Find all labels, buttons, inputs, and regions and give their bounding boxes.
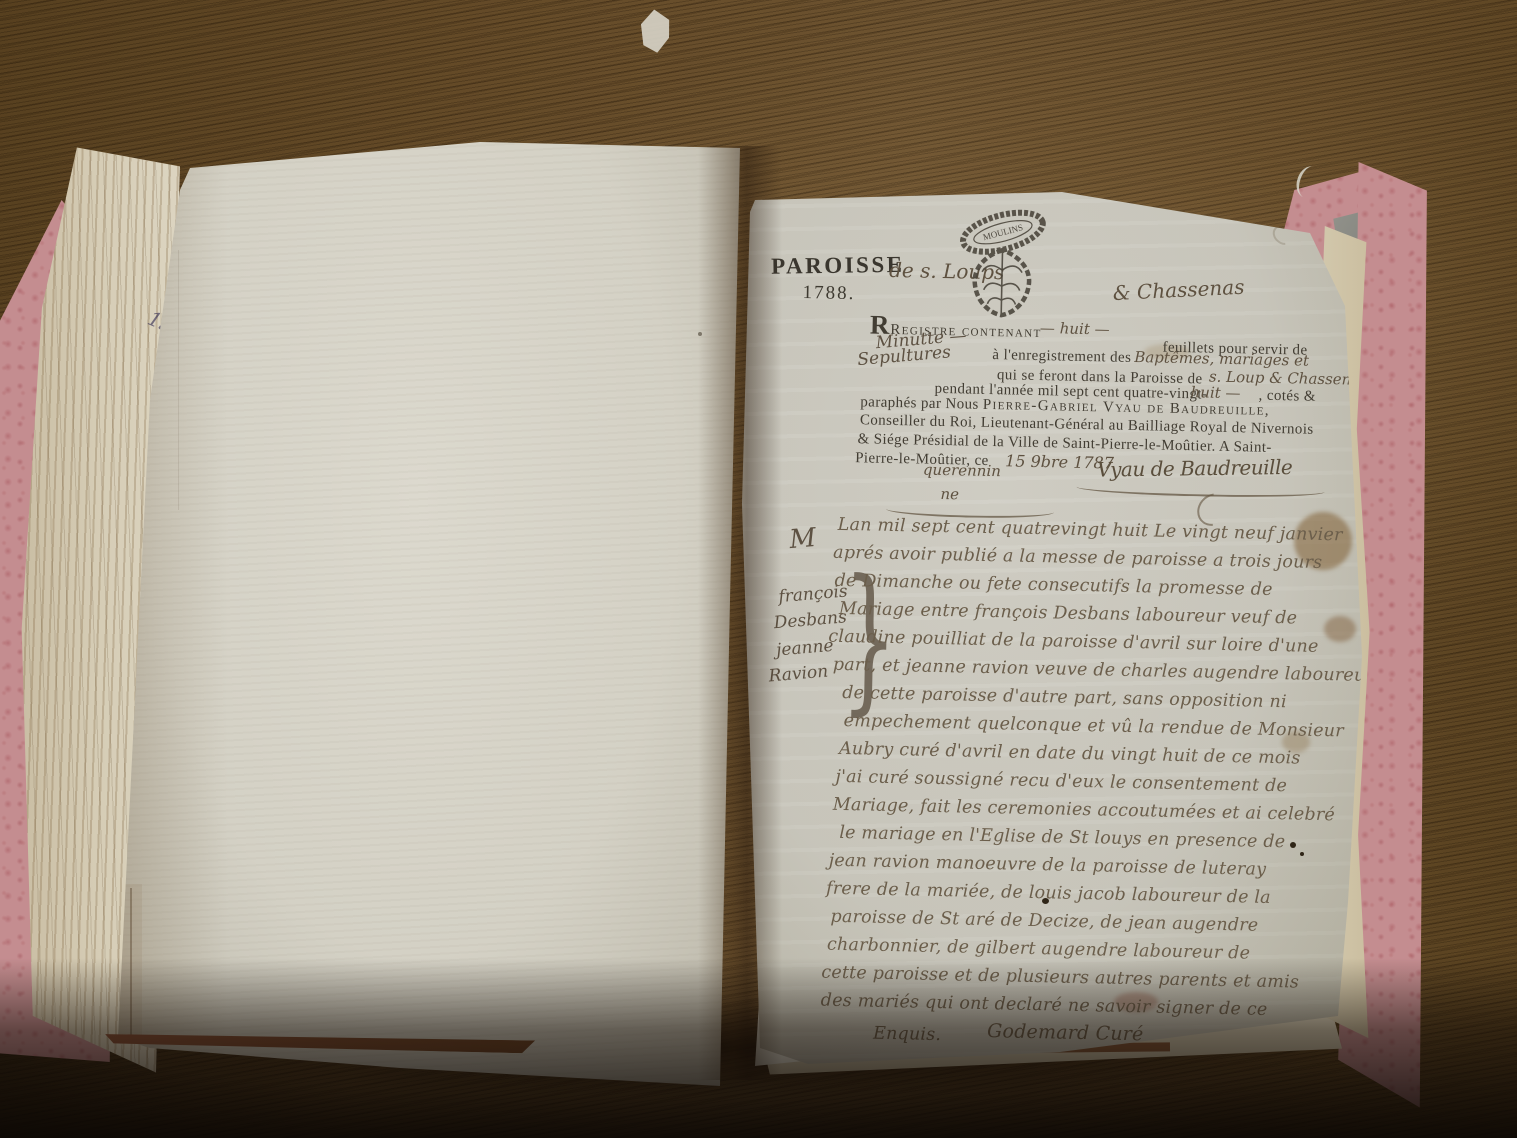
record-line: jean ravion manoeuvre de la paroisse de … [829, 851, 1267, 880]
record-line: le mariage en l'Eglise de St louys en pr… [839, 823, 1285, 852]
stamp-text: MOULINS [982, 222, 1024, 242]
record-line: j'ai curé soussigné recu d'eux le consen… [835, 767, 1287, 796]
record-line: empechement quelconque et vû la rendue d… [843, 711, 1344, 741]
margin-name-bride-first: jeanne [775, 636, 834, 661]
print-enregistrement: à l'enregistrement des [992, 347, 1131, 367]
table-edge-shadow [0, 958, 1517, 1138]
paroisse-heading: PAROISSE [771, 252, 905, 280]
generalite-stamp: MOULINS [945, 207, 1059, 327]
hand-insert-huit: — huit — [1040, 319, 1110, 338]
print-paraphes: paraphés par Nous [860, 394, 983, 413]
record-line: claudine pouilliat de la paroisse d'avri… [828, 627, 1319, 657]
record-line: Mariage, fait les ceremonies accoutumées… [833, 795, 1335, 826]
margin-note-m: M [788, 523, 817, 555]
record-line: Lan mil sept cent quatrevingt huit Le vi… [838, 515, 1343, 546]
clerk-paraph: querennin [923, 461, 1001, 481]
record-line: part, et jeanne ravion veuve de charles … [833, 655, 1375, 686]
left-blank-page [108, 136, 752, 1088]
hand-insert-huit-2: huit — [1190, 383, 1240, 402]
record-line: de cette paroisse d'autre part, sans opp… [842, 683, 1287, 712]
hand-insert-baptemes: Baptêmes, mariages et [1134, 348, 1309, 370]
record-line: Mariage entre françois Desbans laboureur… [839, 599, 1298, 629]
parish-name-handwritten-2: & Chassenas [1112, 275, 1245, 305]
year-label: 1788. [802, 282, 855, 305]
gutter-shadow [698, 146, 782, 1080]
record-line: frere de la mariée, de louis jacob labou… [826, 879, 1271, 908]
register-page-content: PAROISSE de s. Loups & Chassenas 1788. M… [724, 185, 1368, 1082]
hand-margin-sepultures: Sepultures [857, 342, 952, 370]
photo-scene: 13 PARO [0, 0, 1517, 1138]
page-crease [178, 250, 179, 510]
clerk-paraph-2: ne [940, 485, 959, 503]
record-line: Aubry curé d'avril en date du vingt huit… [839, 739, 1301, 769]
official-signature: Vyau de Baudreuille [1097, 455, 1293, 482]
record-line: paroisse de St aré de Decize, de jean au… [830, 907, 1258, 936]
record-line: de Dimanche ou fete consecutifs la prome… [834, 571, 1272, 600]
record-line: aprés avoir publié a la messe de paroiss… [833, 543, 1323, 573]
right-register-page: PAROISSE de s. Loups & Chassenas 1788. M… [742, 186, 1368, 1070]
signature-flourish [1076, 480, 1324, 499]
